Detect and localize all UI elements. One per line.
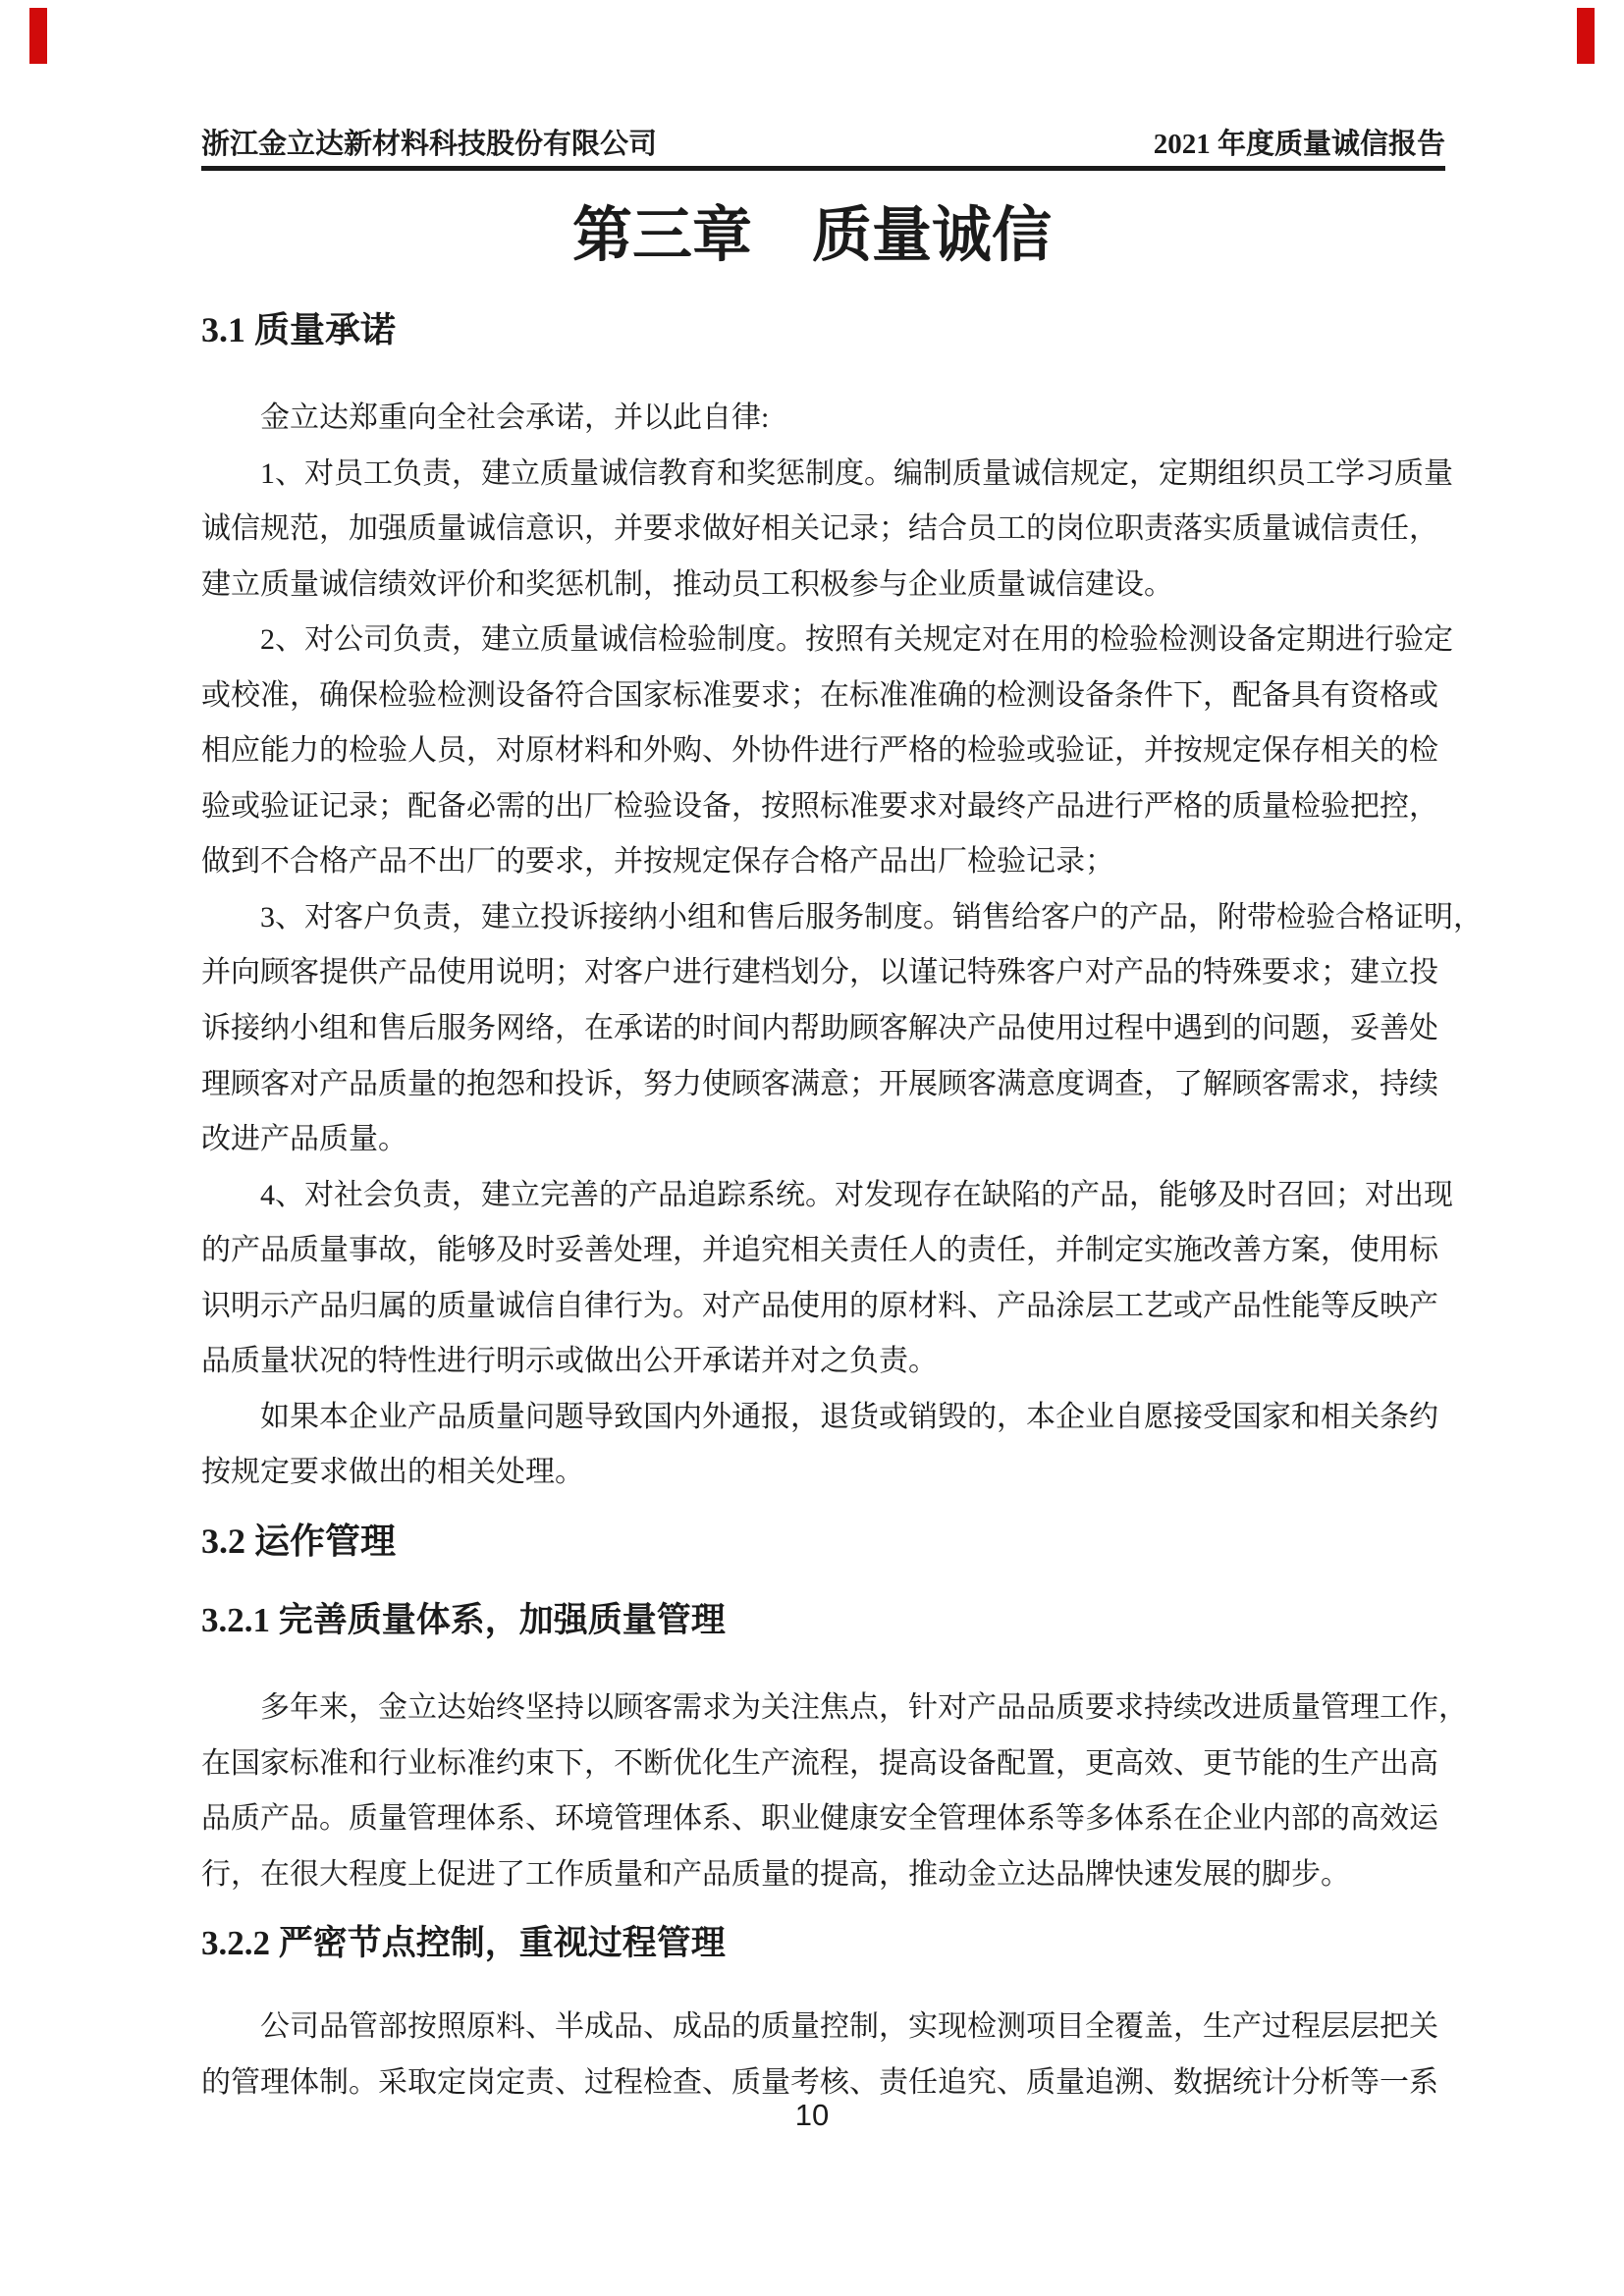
text-line: 公司品管部按照原料、半成品、成品的质量控制，实现检测项目全覆盖，生产过程层层把关: [201, 2000, 1446, 2056]
text-line: 相应能力的检验人员，对原材料和外购、外协件进行严格的检验或验证，并按规定保存相关…: [201, 723, 1446, 779]
section-heading-3-2: 3.2 运作管理: [201, 1520, 396, 1563]
red-corner-mark-left: [29, 8, 47, 64]
text-line: 金立达郑重向全社会承诺，并以此自律:: [201, 391, 1446, 447]
text-line: 的产品质量事故，能够及时妥善处理，并追究相关责任人的责任，并制定实施改善方案，使…: [201, 1223, 1446, 1279]
text-line: 行，在很大程度上促进了工作质量和产品质量的提高，推动金立达品牌快速发展的脚步。: [201, 1847, 1446, 1903]
text-line: 验或验证记录；配备必需的出厂检验设备，按照标准要求对最终产品进行严格的质量检验把…: [201, 779, 1446, 835]
text-line: 4、对社会负责，建立完善的产品追踪系统。对发现存在缺陷的产品，能够及时召回；对出…: [201, 1168, 1446, 1224]
text-line: 多年来，金立达始终坚持以顾客需求为关注焦点，针对产品品质要求持续改进质量管理工作…: [201, 1681, 1446, 1736]
red-corner-mark-right: [1577, 8, 1595, 64]
text-line: 诚信规范，加强质量诚信意识，并要求做好相关记录；结合员工的岗位职责落实质量诚信责…: [201, 502, 1446, 558]
text-line: 做到不合格产品不出厂的要求，并按规定保存合格产品出厂检验记录；: [201, 834, 1446, 890]
text-line: 理顾客对产品质量的抱怨和投诉，努力使顾客满意；开展顾客满意度调查，了解顾客需求，…: [201, 1057, 1446, 1113]
text-line: 诉接纳小组和售后服务网络，在承诺的时间内帮助顾客解决产品使用过程中遇到的问题，妥…: [201, 1001, 1446, 1057]
text-line: 1、对员工负责，建立质量诚信教育和奖惩制度。编制质量诚信规定，定期组织员工学习质…: [201, 447, 1446, 503]
section-3-2-1-body: 多年来，金立达始终坚持以顾客需求为关注焦点，针对产品品质要求持续改进质量管理工作…: [201, 1681, 1446, 1902]
text-line: 并向顾客提供产品使用说明；对客户进行建档划分，以谨记特殊客户对产品的特殊要求；建…: [201, 945, 1446, 1001]
page-header: 浙江金立达新材料科技股份有限公司 2021 年度质量诚信报告: [201, 128, 1445, 171]
header-report-title: 2021 年度质量诚信报告: [1154, 128, 1445, 161]
text-line: 建立质量诚信绩效评价和奖惩机制，推动员工积极参与企业质量诚信建设。: [201, 558, 1446, 614]
text-line: 品质产品。质量管理体系、环境管理体系、职业健康安全管理体系等多体系在企业内部的高…: [201, 1791, 1446, 1847]
section-heading-3-2-2: 3.2.2 严密节点控制，重视过程管理: [201, 1922, 726, 1965]
text-line: 在国家标准和行业标准约束下，不断优化生产流程，提高设备配置，更高效、更节能的生产…: [201, 1736, 1446, 1792]
section-heading-3-1: 3.1 质量承诺: [201, 308, 396, 351]
section-3-2-2-body: 公司品管部按照原料、半成品、成品的质量控制，实现检测项目全覆盖，生产过程层层把关…: [201, 2000, 1446, 2110]
chapter-title: 第三章 质量诚信: [0, 189, 1624, 284]
text-line: 2、对公司负责，建立质量诚信检验制度。按照有关规定对在用的检验检测设备定期进行验…: [201, 613, 1446, 668]
header-company-name: 浙江金立达新材料科技股份有限公司: [201, 128, 657, 161]
text-line: 品质量状况的特性进行明示或做出公开承诺并对之负责。: [201, 1334, 1446, 1390]
text-line: 改进产品质量。: [201, 1112, 1446, 1168]
text-line: 3、对客户负责，建立投诉接纳小组和售后服务制度。销售给客户的产品，附带检验合格证…: [201, 890, 1446, 946]
text-line: 或校准，确保检验检测设备符合国家标准要求；在标准准确的检测设备条件下，配备具有资…: [201, 668, 1446, 724]
text-line: 按规定要求做出的相关处理。: [201, 1445, 1446, 1501]
text-line: 如果本企业产品质量问题导致国内外通报，退货或销毁的，本企业自愿接受国家和相关条约: [201, 1390, 1446, 1446]
section-3-1-body: 金立达郑重向全社会承诺，并以此自律: 1、对员工负责，建立质量诚信教育和奖惩制度…: [201, 391, 1446, 1501]
text-line: 识明示产品归属的质量诚信自律行为。对产品使用的原材料、产品涂层工艺或产品性能等反…: [201, 1279, 1446, 1335]
page-number: 10: [0, 2097, 1624, 2133]
section-heading-3-2-1: 3.2.1 完善质量体系，加强质量管理: [201, 1599, 726, 1642]
document-page: 浙江金立达新材料科技股份有限公司 2021 年度质量诚信报告 第三章 质量诚信 …: [0, 0, 1624, 2296]
